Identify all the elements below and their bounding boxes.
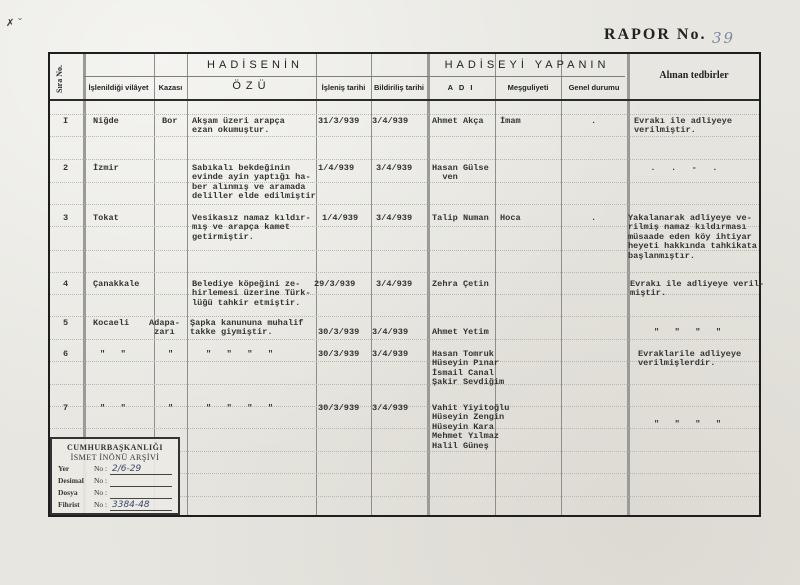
- stamp-field-value: [110, 486, 172, 487]
- stamp-field-label: Desimal: [58, 476, 84, 485]
- stamp-line-2: İSMET İNÖNÜ ARŞİVİ: [52, 453, 178, 462]
- cell-measures: " " " ": [654, 420, 721, 429]
- row-guide: [50, 339, 759, 340]
- cell-general-status: .: [591, 214, 596, 223]
- cell-date-reported: 3/4/939: [372, 404, 408, 413]
- row-guide: [50, 159, 759, 160]
- cell-measures: Evrakı ile adliyeye verilmiştir.: [634, 117, 732, 136]
- header-measures: Alınan tedbirler: [627, 70, 761, 81]
- report-title: RAPOR No.: [604, 26, 706, 44]
- stamp-field-label: Yer: [58, 464, 69, 473]
- header-district: Kazası: [154, 83, 187, 92]
- cell-summary: " " " ": [206, 350, 273, 359]
- row-guide: [50, 136, 759, 137]
- cell-district: ": [168, 404, 173, 413]
- row-guide: [50, 384, 759, 385]
- header-bottom-rule: [50, 99, 759, 101]
- stamp-field-fihrist: Fihrist No : 3384-48: [58, 500, 172, 511]
- stamp-field-label: Dosya: [58, 488, 78, 497]
- cell-name: Talip Numan: [432, 214, 489, 223]
- cell-date-committed: 1/4/939: [318, 164, 354, 173]
- cell-date-committed: 1/4/939: [322, 214, 358, 223]
- cell-no: 4: [63, 280, 68, 289]
- cell-date-reported: 3/4/939: [376, 214, 412, 223]
- cell-date-reported: 3/4/939: [372, 350, 408, 359]
- corner-mark: ✗ ˘: [6, 18, 23, 29]
- cell-name: Hasan Gülse ven: [432, 164, 489, 183]
- cell-name: Ahmet Akça: [432, 117, 484, 126]
- cell-no: 2: [63, 164, 68, 173]
- cell-province: " ": [100, 404, 126, 413]
- column-divider: [427, 54, 430, 515]
- stamp-field-desimal: Desimal No :: [58, 476, 172, 487]
- cell-summary: Sabıkalı bekdeğinin evinde ayin yaptığı …: [192, 164, 316, 202]
- row-guide: [50, 316, 759, 317]
- report-number: 39: [712, 29, 735, 47]
- row-guide: [50, 428, 759, 429]
- cell-name: Hasan Tomruk Hüseyin Pınar İsmail Canal …: [432, 350, 504, 388]
- header-date-reported: Bildiriliş tarihi: [371, 83, 427, 92]
- cell-summary: " " " ": [206, 404, 273, 413]
- header-province: İşlenildiği vilâyet: [83, 83, 154, 92]
- cell-occupation: İmam: [500, 117, 521, 126]
- cell-no: I: [63, 117, 68, 126]
- cell-date-committed: 30/3/939: [318, 404, 359, 413]
- cell-date-committed: 30/3/939: [318, 328, 359, 337]
- cell-summary: Vesikasız namaz kıldır- mış ve arapça ka…: [192, 214, 311, 242]
- cell-measures: Evraklarile adliyeye verilmişlerdir.: [638, 350, 741, 369]
- cell-measures: . . - .: [640, 164, 717, 173]
- cell-measures: Evrakı ile adliyeye veril- miştir.: [630, 280, 764, 299]
- row-guide: [50, 272, 759, 273]
- cell-date-reported: 3/4/939: [372, 328, 408, 337]
- stamp-field-value: 2/6-29: [110, 464, 172, 475]
- cell-no: 7: [63, 404, 68, 413]
- cell-name: Vahit Yiyitoğlu Hüseyin Zengin Hüseyin K…: [432, 404, 509, 451]
- archive-stamp: CUMHURBAŞKANLIĞI İSMET İNÖNÜ ARŞİVİ Yer …: [50, 437, 180, 515]
- stamp-field-no: No :: [94, 500, 107, 509]
- cell-province: Tokat: [93, 214, 119, 223]
- stamp-line-1: CUMHURBAŞKANLIĞI: [52, 443, 178, 452]
- cell-date-committed: 30/3/939: [318, 350, 359, 359]
- header-summary: ÖZÜ: [187, 80, 316, 92]
- cell-no: 6: [63, 350, 68, 359]
- header-sira-no: Sıra No.: [55, 60, 81, 98]
- header-name: A D I: [427, 83, 495, 92]
- header-general-status: Genel durumu: [561, 83, 627, 92]
- stamp-field-value: [110, 498, 172, 499]
- cell-summary: Akşam üzeri arapça ezan okumuştur.: [192, 117, 285, 136]
- cell-date-committed: 29/3/939: [314, 280, 355, 289]
- cell-district: Bor: [162, 117, 177, 126]
- cell-no: 5: [63, 319, 68, 328]
- header-group-perpetrator: HADİSEYİ YAPANIN: [427, 59, 627, 71]
- cell-occupation: Hoca: [500, 214, 521, 223]
- cell-province: Çanakkale: [93, 280, 139, 289]
- header-occupation: Meşguliyeti: [495, 83, 561, 92]
- cell-measures: " " " ": [654, 328, 721, 337]
- cell-district: ": [168, 350, 173, 359]
- stamp-field-value: 3384-48: [110, 500, 172, 511]
- stamp-field-no: No :: [94, 488, 107, 497]
- header-date-committed: İşleniş tarihi: [316, 83, 371, 92]
- cell-no: 3: [63, 214, 68, 223]
- stamp-field-yer: Yer No : 2/6-29: [58, 464, 172, 475]
- cell-measures: Yakalanarak adliyeye ve- rilmiş namaz kı…: [628, 214, 757, 261]
- row-guide: [50, 182, 759, 183]
- cell-summary: Şapka kanununa muhalif takke giymiştir.: [190, 319, 303, 338]
- cell-name: Zehra Çetin: [432, 280, 489, 289]
- row-guide: [50, 204, 759, 205]
- cell-province: Kocaeli: [93, 319, 129, 328]
- cell-date-reported: 3/4/939: [372, 117, 408, 126]
- cell-province: " ": [100, 350, 126, 359]
- header-group-event: HADİSENİN: [83, 59, 427, 71]
- cell-date-reported: 3/4/939: [376, 164, 412, 173]
- cell-province: Niğde: [93, 117, 119, 126]
- stamp-field-no: No :: [94, 464, 107, 473]
- cell-date-reported: 3/4/939: [376, 280, 412, 289]
- cell-general-status: .: [591, 117, 596, 126]
- stamp-field-dosya: Dosya No :: [58, 488, 172, 499]
- cell-district: Adapa- zarı: [149, 319, 180, 338]
- cell-name: Ahmet Yetim: [432, 328, 489, 337]
- stamp-field-label: Fihrist: [58, 500, 80, 509]
- cell-province: İzmir: [93, 164, 119, 173]
- header-divider: [83, 76, 625, 77]
- document-page: ✗ ˘ RAPOR No. 39 Sır: [0, 0, 800, 585]
- stamp-field-no: No :: [94, 476, 107, 485]
- cell-date-committed: 31/3/939: [318, 117, 359, 126]
- column-divider: [561, 54, 562, 515]
- column-divider: [187, 54, 188, 515]
- row-guide: [50, 114, 759, 115]
- cell-summary: Belediye köpeğini ze- hirlemesi üzerine …: [192, 280, 311, 308]
